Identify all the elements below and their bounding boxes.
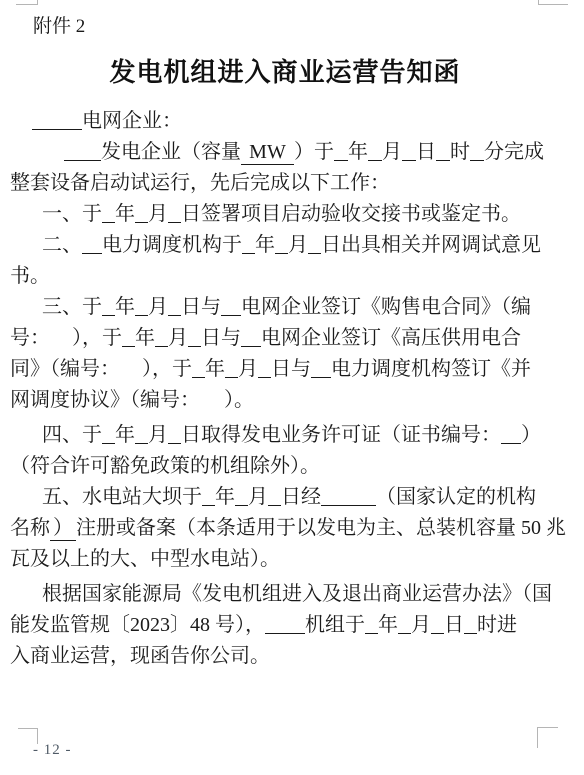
text-run: 整套设备启动试运行，先后完成以下工作：	[10, 172, 390, 194]
text-run: 日与	[181, 296, 221, 318]
blank-field	[470, 141, 484, 161]
closing-line-1: 根据国家能源局《发电机组进入及退出商业运营办法》（国	[42, 583, 552, 606]
item-3-line-1: 三、于年月日与电网企业签订《购售电合同》（编	[42, 296, 531, 319]
item-5-line-2: 名称）注册或备案（本条适用于以发电为主、总装机容量 50 兆	[10, 517, 566, 540]
text-run: 五、水电站大坝于	[42, 486, 202, 508]
blank-field	[135, 296, 148, 316]
text-run: 日	[444, 614, 464, 636]
blank-field	[436, 141, 450, 161]
blank-field	[102, 203, 115, 223]
text-run: 一、于	[42, 203, 102, 225]
blank-field	[221, 296, 241, 316]
blank-field	[168, 203, 181, 223]
blank-field	[102, 296, 115, 316]
text-run: 年	[205, 358, 225, 380]
blank-gap	[200, 389, 224, 409]
text-run: 月	[148, 296, 168, 318]
blank-gap	[120, 358, 142, 378]
text-run: 日经	[281, 486, 321, 508]
blank-field	[168, 424, 181, 444]
opening-line-2: 整套设备启动试运行，先后完成以下工作：	[10, 172, 390, 195]
blank-field	[308, 234, 321, 254]
text-run: ）。	[224, 389, 254, 411]
text-run: 年	[115, 203, 135, 225]
text-run: 书。	[10, 265, 50, 287]
text-run: 日与	[201, 327, 241, 349]
blank-field	[235, 486, 248, 506]
text-run: 月	[148, 203, 168, 225]
blank-field	[82, 234, 102, 254]
closing-line-2: 能发监管规〔2023〕48 号），机组于年月日时进	[10, 614, 517, 637]
blank-field	[402, 141, 416, 161]
blank-field	[188, 327, 201, 347]
text-run: 月	[238, 358, 258, 380]
blank-field	[265, 614, 305, 634]
text-run: 机组于	[305, 614, 365, 636]
text-run: 日与	[271, 358, 311, 380]
text-run: 网调度协议》（编号：	[10, 389, 200, 411]
blank-field	[64, 141, 101, 161]
blank-field	[368, 141, 382, 161]
text-run: 电力调度机构于	[102, 234, 242, 256]
text-run: ）于	[294, 141, 334, 163]
opening-line-1: 发电企业（容量MW）于年月日时分完成	[64, 141, 544, 164]
document-page: 附件 2 发电机组进入商业运营告知函 电网企业：发电企业（容量MW）于年月日时分…	[0, 0, 584, 775]
item-5-line-1: 五、水电站大坝于年月日经（国家认定的机构	[42, 486, 536, 509]
text-run: 入商业运营，现函告你公司。	[10, 645, 270, 667]
text-run: 瓦及以上的大、中型水电站）。	[10, 548, 280, 570]
blank-field	[32, 110, 82, 130]
underlined-text: MW	[241, 141, 294, 165]
closing-line-3: 入商业运营，现函告你公司。	[10, 645, 270, 668]
text-run: 电网企业签订《高压供用电合	[261, 327, 521, 349]
text-run: 年	[115, 296, 135, 318]
text-run: 日签署项目启动验收交接书或鉴定书。	[181, 203, 521, 225]
text-run: 年	[255, 234, 275, 256]
text-run: ），于	[142, 358, 192, 380]
item-4-line-1: 四、于年月日取得发电业务许可证（证书编号：）	[42, 424, 541, 447]
text-run: 年	[115, 424, 135, 446]
text-run: 四、于	[42, 424, 102, 446]
blank-field	[155, 327, 168, 347]
text-run: 月	[411, 614, 431, 636]
blank-field	[168, 296, 181, 316]
blank-field	[135, 424, 148, 444]
blank-field	[122, 327, 135, 347]
blank-field	[225, 358, 238, 378]
text-run: 时	[450, 141, 470, 163]
underlined-text: ）	[50, 517, 76, 541]
text-run: 分完成	[484, 141, 544, 163]
text-run: 月	[382, 141, 402, 163]
blank-field	[192, 358, 205, 378]
text-run: 发电企业（容量	[101, 141, 241, 163]
text-run: 年	[348, 141, 368, 163]
salutation-line: 电网企业：	[32, 110, 182, 133]
document-body: 电网企业：发电企业（容量MW）于年月日时分完成整套设备启动试运行，先后完成以下工…	[0, 0, 584, 775]
text-run: ）	[521, 424, 541, 446]
blank-field	[258, 358, 271, 378]
text-run: 能发监管规〔2023〕48 号），	[10, 614, 265, 636]
item-4-line-2: （符合许可豁免政策的机组除外）。	[10, 455, 320, 478]
blank-field	[464, 614, 477, 634]
text-run: 名称	[10, 517, 50, 539]
text-run: 电网企业签订《购售电合同》（编	[241, 296, 531, 318]
text-run: 年	[215, 486, 235, 508]
blank-field	[365, 614, 378, 634]
blank-field	[398, 614, 411, 634]
blank-field	[431, 614, 444, 634]
text-run: 日出具相关并网调试意见	[321, 234, 541, 256]
item-1-line: 一、于年月日签署项目启动验收交接书或鉴定书。	[42, 203, 521, 226]
text-run: 电网企业：	[82, 110, 182, 132]
text-run: （符合许可豁免政策的机组除外）。	[10, 455, 320, 477]
text-run: 同》（编号：	[10, 358, 120, 380]
blank-gap	[50, 327, 72, 347]
text-run: 年	[135, 327, 155, 349]
text-run: 月	[248, 486, 268, 508]
text-run: ），于	[72, 327, 122, 349]
text-run: 二、	[42, 234, 82, 256]
text-run: 日取得发电业务许可证（证书编号：	[181, 424, 501, 446]
blank-field	[501, 424, 521, 444]
blank-field	[241, 327, 261, 347]
text-run: 号：	[10, 327, 50, 349]
text-run: 月	[168, 327, 188, 349]
text-run: 根据国家能源局《发电机组进入及退出商业运营办法》（国	[42, 583, 552, 605]
blank-field	[334, 141, 348, 161]
text-run: 月	[148, 424, 168, 446]
text-run: 注册或备案（本条适用于以发电为主、总装机容量 50 兆	[76, 517, 566, 539]
text-run: 时进	[477, 614, 517, 636]
blank-field	[321, 486, 376, 506]
blank-field	[242, 234, 255, 254]
blank-field	[135, 203, 148, 223]
text-run: 日	[416, 141, 436, 163]
text-run: 三、于	[42, 296, 102, 318]
page-number: - 12 -	[33, 742, 72, 759]
item-3-line-3: 同》（编号：），于年月日与电力调度机构签订《并	[10, 358, 531, 381]
text-run: 电力调度机构签订《并	[331, 358, 531, 380]
blank-field	[102, 424, 115, 444]
text-run: 年	[378, 614, 398, 636]
blank-field	[275, 234, 288, 254]
item-3-line-2: 号：），于年月日与电网企业签订《高压供用电合	[10, 327, 521, 350]
blank-field	[202, 486, 215, 506]
item-5-line-3: 瓦及以上的大、中型水电站）。	[10, 548, 280, 571]
text-run: 月	[288, 234, 308, 256]
item-2-line-1: 二、电力调度机构于年月日出具相关并网调试意见	[42, 234, 541, 257]
text-run: （国家认定的机构	[376, 486, 536, 508]
item-2-line-2: 书。	[10, 265, 50, 288]
blank-field	[311, 358, 331, 378]
blank-field	[268, 486, 281, 506]
item-3-line-4: 网调度协议》（编号：）。	[10, 389, 254, 412]
